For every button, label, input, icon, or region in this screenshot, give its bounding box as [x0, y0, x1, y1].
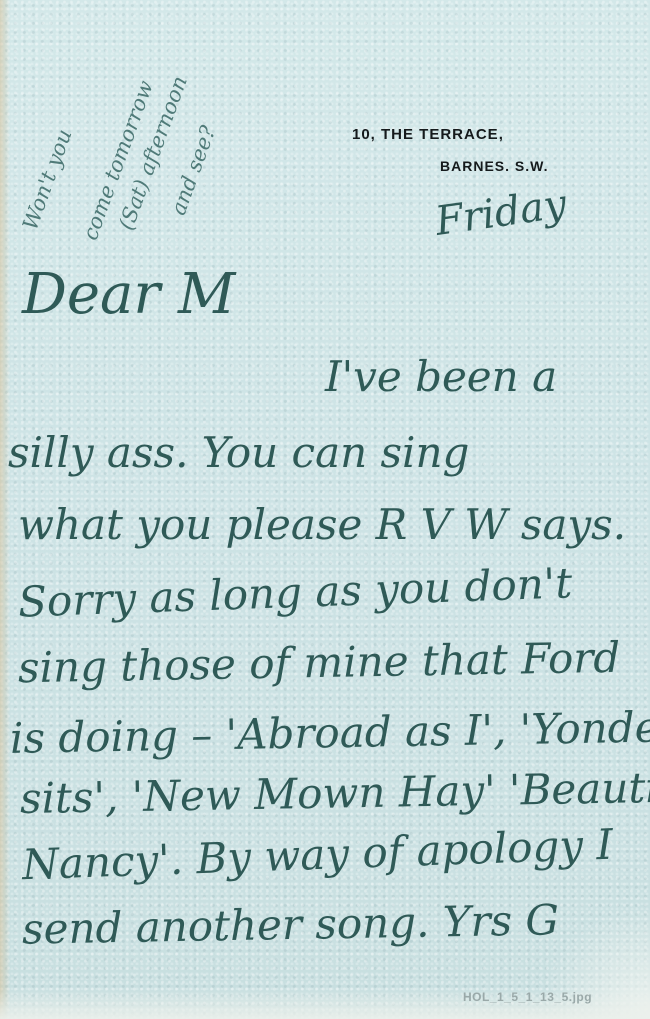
body-line: I've been a	[325, 352, 557, 401]
letter-page: Won't you come tomorrow (Sat) afternoon …	[0, 0, 650, 1019]
body-line: what you please R V W says.	[18, 500, 626, 549]
body-line-signature: send another song. Yrs G	[22, 895, 560, 953]
margin-note-line: and see?	[166, 123, 220, 219]
body-line: sits', 'New Mown Hay' 'Beautiful	[20, 762, 650, 823]
body-line: sing those of mine that Ford	[18, 633, 621, 693]
body-line: Sorry as long as you don't	[17, 558, 573, 626]
margin-note-line: Won't you	[18, 126, 77, 233]
letterhead-address-line2: BARNES. S.W.	[440, 158, 548, 174]
filename-watermark: HOL_1_5_1_13_5.jpg	[463, 990, 592, 1004]
body-line: is doing – 'Abroad as I', 'Yonder	[10, 702, 650, 763]
letter-date: Friday	[432, 181, 569, 245]
margin-note: Won't you come tomorrow (Sat) afternoon …	[6, 10, 236, 240]
letterhead-address-line1: 10, THE TERRACE,	[352, 126, 504, 143]
body-line: Nancy'. By way of apology I	[21, 820, 613, 890]
salutation: Dear M	[22, 262, 235, 327]
body-line: silly ass. You can sing	[8, 428, 469, 477]
